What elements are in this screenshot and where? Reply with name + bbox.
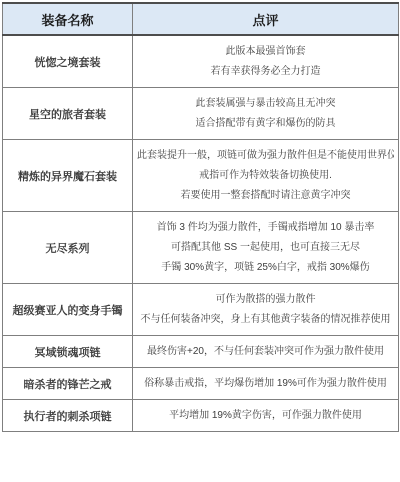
comment-line: 平均增加 19%黄字伤害，可作强力散件使用 (137, 409, 394, 422)
equipment-review-table: 装备名称 点评 恍惚之境套装此版本最强首饰套若有幸获得务必全力打造星空的旅者套装… (2, 2, 399, 432)
comment-line: 此套装属强与暴击较高且无冲突 (137, 97, 394, 110)
comment-line: 若要使用一整套搭配时请注意黄字冲突 (137, 189, 394, 202)
comment-line: 首饰 3 件均为强力散件，手镯戒指增加 10 暴击率 (137, 221, 394, 234)
comment-line: 俗称暴击戒指，平均爆伤增加 19%可作为强力散件使用 (137, 377, 394, 390)
equipment-name: 暗杀者的锋芒之戒 (3, 368, 133, 400)
equipment-comment: 此套装提升一般，项链可做为强力散件但是不能使用世界仪，戒指可作为特效装备切换使用… (133, 140, 399, 212)
comment-line: 戒指可作为特效装备切换使用. (137, 169, 394, 182)
equipment-comment: 俗称暴击戒指，平均爆伤增加 19%可作为强力散件使用 (133, 368, 399, 400)
comment-line: 若有幸获得务必全力打造 (137, 65, 394, 78)
table-row: 冥域锁魂项链最终伤害+20，不与任何套装冲突可作为强力散件使用 (3, 336, 399, 368)
table-row: 星空的旅者套装此套装属强与暴击较高且无冲突适合搭配带有黄字和爆伤的防具 (3, 88, 399, 140)
equipment-name: 精炼的异界魔石套装 (3, 140, 133, 212)
comment-line: 不与任何装备冲突，身上有其他黄字装备的情况推荐使用 (137, 313, 394, 326)
table-row: 超级赛亚人的变身手镯可作为散搭的强力散件不与任何装备冲突，身上有其他黄字装备的情… (3, 284, 399, 336)
comment-line: 此版本最强首饰套 (137, 45, 394, 58)
comment-line: 可搭配其他 SS 一起使用，也可直接三无尽 (137, 241, 394, 254)
equipment-comment: 此版本最强首饰套若有幸获得务必全力打造 (133, 35, 399, 88)
equipment-name: 无尽系列 (3, 212, 133, 284)
equipment-name: 星空的旅者套装 (3, 88, 133, 140)
comment-line: 适合搭配带有黄字和爆伤的防具 (137, 117, 394, 130)
header-row: 装备名称 点评 (3, 3, 399, 35)
comment-line: 可作为散搭的强力散件 (137, 293, 394, 306)
comment-line: 最终伤害+20，不与任何套装冲突可作为强力散件使用 (137, 345, 394, 358)
equipment-name: 执行者的刺杀项链 (3, 400, 133, 432)
table-row: 无尽系列首饰 3 件均为强力散件，手镯戒指增加 10 暴击率可搭配其他 SS 一… (3, 212, 399, 284)
table-row: 精炼的异界魔石套装此套装提升一般，项链可做为强力散件但是不能使用世界仪，戒指可作… (3, 140, 399, 212)
table-body: 恍惚之境套装此版本最强首饰套若有幸获得务必全力打造星空的旅者套装此套装属强与暴击… (3, 35, 399, 432)
equipment-comment: 首饰 3 件均为强力散件，手镯戒指增加 10 暴击率可搭配其他 SS 一起使用，… (133, 212, 399, 284)
header-comment: 点评 (133, 3, 399, 35)
equipment-comment: 最终伤害+20，不与任何套装冲突可作为强力散件使用 (133, 336, 399, 368)
equipment-name: 超级赛亚人的变身手镯 (3, 284, 133, 336)
equipment-comment: 平均增加 19%黄字伤害，可作强力散件使用 (133, 400, 399, 432)
comment-line: 此套装提升一般，项链可做为强力散件但是不能使用世界仪， (137, 149, 394, 162)
equipment-comment: 此套装属强与暴击较高且无冲突适合搭配带有黄字和爆伤的防具 (133, 88, 399, 140)
equipment-name: 冥域锁魂项链 (3, 336, 133, 368)
header-equipment-name: 装备名称 (3, 3, 133, 35)
equipment-comment: 可作为散搭的强力散件不与任何装备冲突，身上有其他黄字装备的情况推荐使用 (133, 284, 399, 336)
table-row: 执行者的刺杀项链平均增加 19%黄字伤害，可作强力散件使用 (3, 400, 399, 432)
comment-line: 手镯 30%黄字，项链 25%白字，戒指 30%爆伤 (137, 261, 394, 274)
table-row: 暗杀者的锋芒之戒俗称暴击戒指，平均爆伤增加 19%可作为强力散件使用 (3, 368, 399, 400)
table-row: 恍惚之境套装此版本最强首饰套若有幸获得务必全力打造 (3, 35, 399, 88)
table-header: 装备名称 点评 (3, 3, 399, 35)
equipment-name: 恍惚之境套装 (3, 35, 133, 88)
equipment-review-panel: 装备名称 点评 恍惚之境套装此版本最强首饰套若有幸获得务必全力打造星空的旅者套装… (0, 0, 400, 432)
